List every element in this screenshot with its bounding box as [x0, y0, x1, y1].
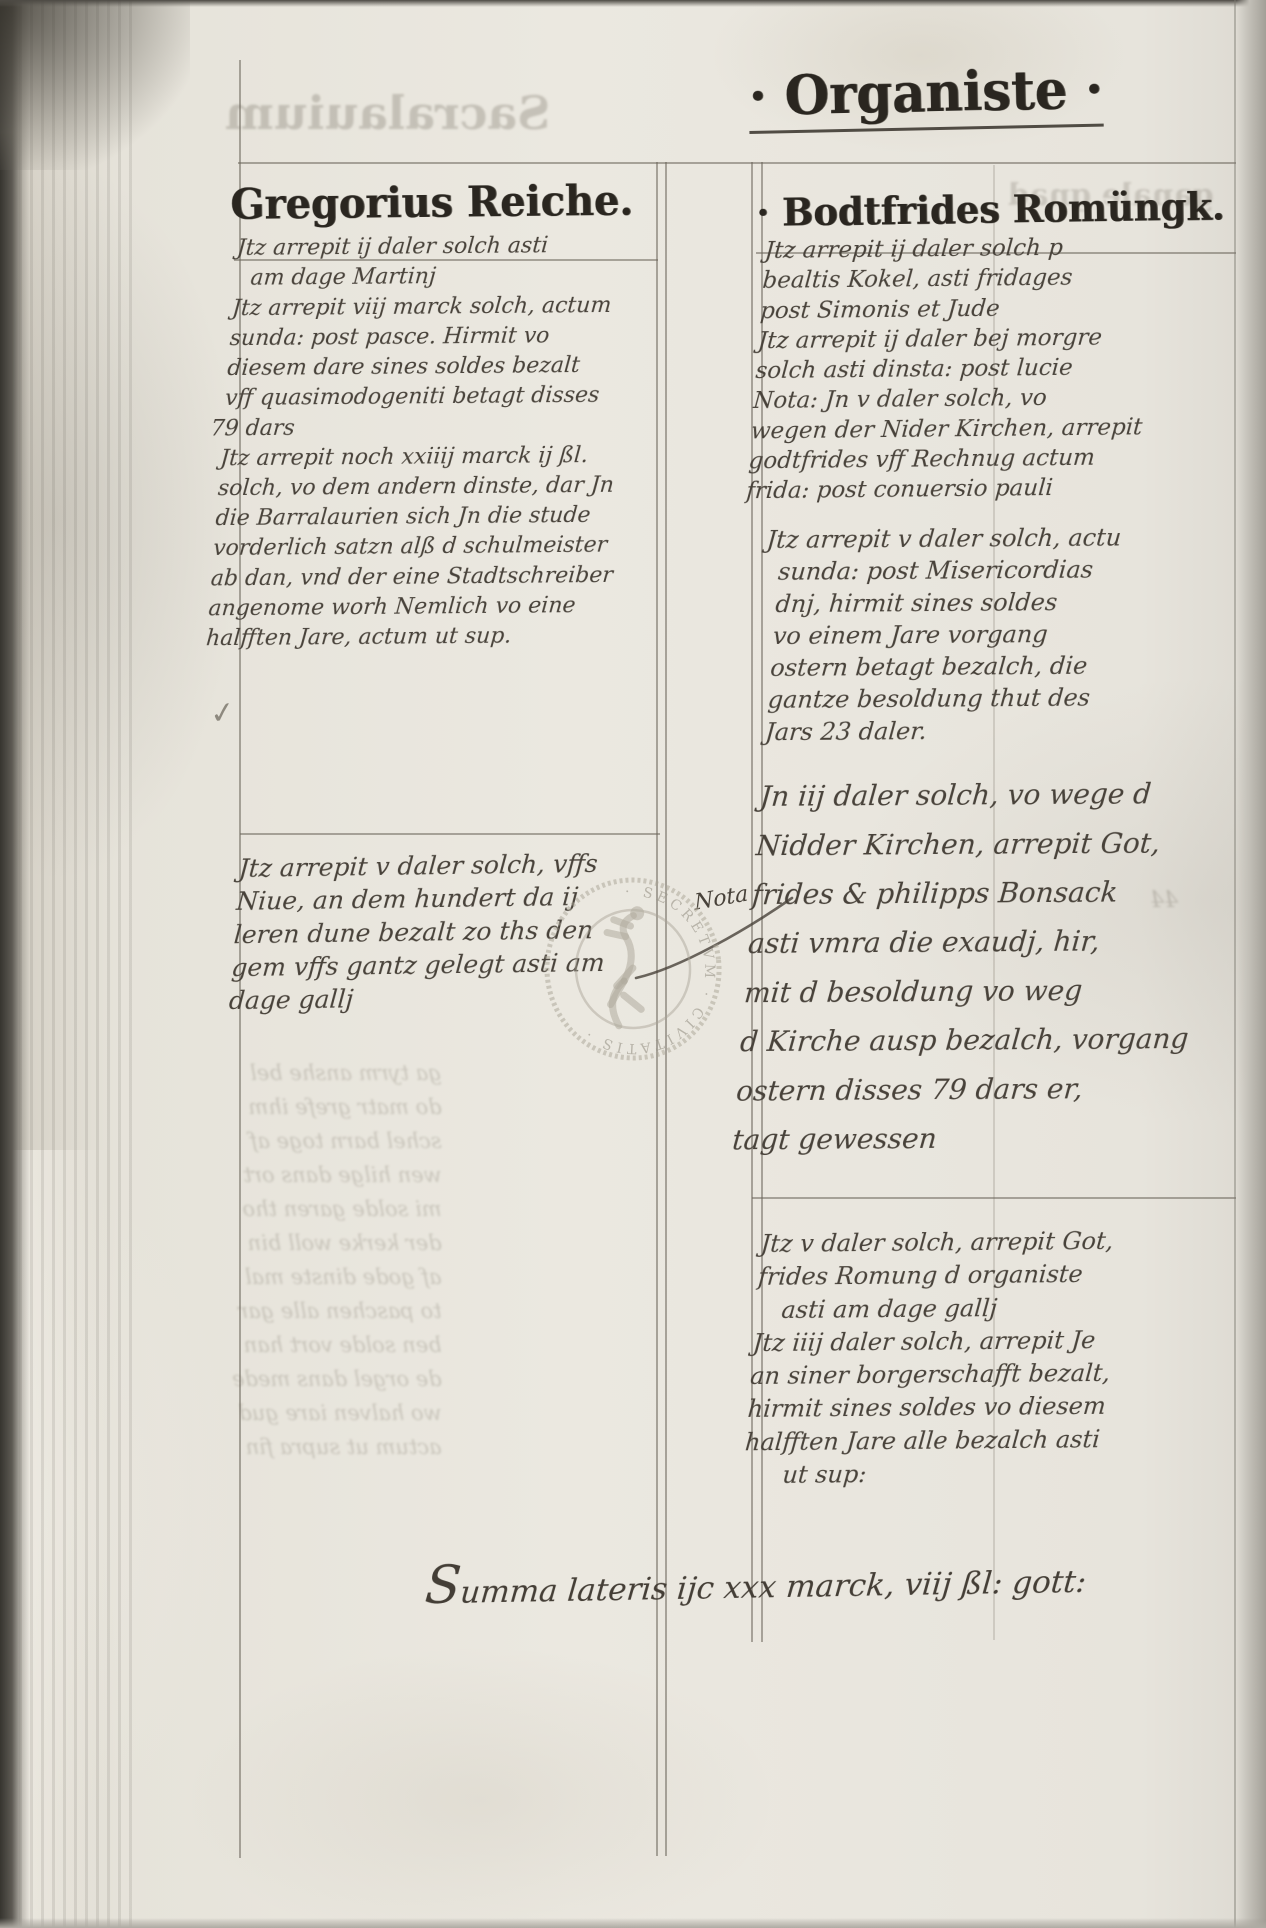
handwritten-line: Jtz arrepit noch xxiiij marck ij ßl. — [219, 441, 623, 475]
handwritten-line: solch, vo dem andern dinste, dar Jn — [217, 471, 621, 505]
bleedthrough-line: de orgel dans mede — [232, 1362, 442, 1396]
handwritten-line: 79 dars — [209, 411, 625, 445]
bleedthrough-line: actum ut supra fin — [232, 1430, 442, 1464]
page-edge-top — [0, 0, 1266, 7]
entry-block-right-4: Jtz v daler solch, arrepit Got, frides R… — [741, 1225, 1122, 1492]
bleedthrough-line: mi solde garen tho — [232, 1192, 442, 1226]
handwritten-line: Jtz arrepit viij marck solch, actum — [231, 291, 635, 325]
handwritten-line: wegen der Nider Kirchen, arrepit — [750, 412, 1144, 446]
summa-lateris-line: Summa lateris ijc xxx marck, viij ßl: go… — [423, 1544, 1090, 1616]
city-seal-stamp: · SECRETVM · CIVITATIS · — [534, 867, 732, 1071]
handwritten-line: dnj, hirmit sines soldes — [774, 586, 1117, 620]
handwritten-line: angenome worh Nemlich vo eine — [207, 591, 611, 625]
right-column-entry-divider — [752, 1197, 1236, 1199]
handwritten-line: frides & philipps Bonsack — [750, 867, 1202, 919]
bleedthrough-line: to paschen alle gar — [232, 1294, 442, 1328]
handwritten-line: ostern disses 79 dars er, — [734, 1063, 1186, 1115]
handwritten-line: solch asti dinsta: post lucie — [754, 352, 1148, 386]
bleedthrough-line: schel barn toge af — [232, 1124, 442, 1158]
bleedthrough-title: Sacralauium — [225, 86, 550, 140]
handwritten-line: hirmit sines soldes vo diesem — [746, 1390, 1108, 1426]
handwritten-line: Jtz iiij daler solch, arrepit Je — [752, 1324, 1114, 1360]
bleedthrough-line: do matr grefe ihm — [232, 1090, 442, 1124]
bleedthrough-line: af gode dinste mal — [232, 1260, 442, 1294]
handwritten-line: vo einem Jare vorgang — [772, 618, 1115, 652]
entry-block-right-3: Jn iij daler solch, vo wege d Nidder Kir… — [730, 769, 1210, 1164]
page-edge-right — [1236, 0, 1266, 1928]
handwritten-line: vff quasimodogeniti betagt disses — [224, 381, 628, 415]
entry-block-right-2: Jtz arrepit v daler solch, actu sunda: p… — [750, 522, 1123, 749]
margin-check-mark: ✓ — [208, 694, 238, 732]
handwritten-line: mit d besoldung vo weg — [742, 965, 1194, 1017]
handwritten-line: halfften Jare, actum ut sup. — [205, 621, 609, 655]
handwritten-line: Nota: Jn v daler solch, vo — [752, 382, 1146, 416]
handwritten-line: Jtz arrepit v daler solch, actu — [765, 522, 1122, 556]
bleedthrough-verso-column: ga tyrm anshe bel do matr grefe ihm sche… — [232, 1056, 442, 1464]
binding-edge — [0, 0, 30, 1928]
bleedthrough-line: ga tyrm anshe bel — [232, 1056, 442, 1090]
bleedthrough-line: wen hilge dans ort — [232, 1158, 442, 1192]
handwritten-line: bealtis Kokel, asti fridages — [761, 262, 1155, 296]
handwritten-line: am dage Martinj — [249, 261, 637, 294]
handwritten-line: an siner borgerschafft bezalt, — [749, 1357, 1111, 1393]
handwritten-line: sunda: post Misericordias — [777, 554, 1120, 588]
handwritten-line: Jtz arrepit ij daler solch p — [764, 232, 1158, 266]
handwritten-line: frida: post conuersio pauli — [745, 472, 1139, 506]
handwritten-line: Jn iij daler solch, vo wege d — [758, 769, 1210, 821]
handwritten-line: ut sup: — [781, 1456, 1103, 1492]
handwritten-line: Jtz arrepit ij daler solch asti — [236, 230, 640, 264]
handwritten-line: vorderlich satzn alß d schulmeister — [212, 531, 616, 565]
handwritten-line: post Simonis et Jude — [759, 292, 1153, 326]
torn-corner-top-left — [0, 0, 190, 170]
handwritten-line: frides Romung d organiste — [757, 1258, 1119, 1294]
handwritten-line: diesem dare sines soldes bezalt — [226, 351, 630, 385]
handwritten-line: Jars 23 daler. — [764, 714, 1107, 748]
handwritten-line: Nidder Kirchen, arrepit Got, — [754, 818, 1206, 870]
handwritten-line: d Kirche ausp bezalch, vorgang — [738, 1014, 1190, 1066]
handwritten-line: halfften Jare alle bezalch asti — [744, 1423, 1106, 1459]
bleedthrough-line: der kerke woll bin — [232, 1226, 442, 1260]
seal-ring-text: · SECRETVM · CIVITATIS · — [565, 876, 726, 1062]
handwritten-line: asti vmra die exaudj, hir, — [746, 916, 1198, 968]
handwritten-line: gantze besoldung thut des — [767, 682, 1110, 716]
page-edge-bottom — [0, 1918, 1266, 1928]
entry-block-right-1: Jtz arrepit ij daler solch p bealtis Kok… — [745, 232, 1157, 506]
seal-lion-device — [601, 906, 656, 1027]
handwritten-line: Jtz arrepit v daler solch, vffs — [238, 847, 614, 885]
header-band-rule — [238, 162, 1236, 164]
handwritten-line: godtfrides vff Rechnug actum — [748, 442, 1142, 476]
handwritten-line: tagt gewessen — [730, 1112, 1182, 1164]
bleedthrough-line: ben solde vort han — [232, 1328, 442, 1362]
handwritten-line: Jtz v daler solch, arrepit Got, — [759, 1225, 1121, 1261]
handwritten-line: die Barralaurien sich Jn die stude — [214, 501, 618, 535]
right-column-header: · Bodtfrides Romüngk. — [756, 183, 1225, 235]
manuscript-scan: Sacralauium ganale gnad 44 ga tyrm anshe… — [0, 0, 1266, 1928]
handwritten-line: Jtz arrepit ij daler bej morgre — [757, 322, 1151, 356]
handwritten-line: ostern betagt bezalch, die — [769, 650, 1112, 684]
bleedthrough-line: wo halven iare gud — [232, 1396, 442, 1430]
left-column-header: Gregorius Reiche. — [230, 176, 633, 229]
handwritten-line: asti am dage gallj — [780, 1291, 1116, 1327]
handwritten-line: sunda: post pasce. Hirmit vo — [229, 321, 633, 355]
entry-block-left-1: Jtz arrepit ij daler solch asti am dage … — [205, 230, 640, 654]
handwritten-line: ab dan, vnd der eine Stadtschreiber — [210, 561, 614, 595]
page-title: · Organiste · — [748, 57, 1104, 134]
left-column-entry-divider — [240, 833, 660, 835]
